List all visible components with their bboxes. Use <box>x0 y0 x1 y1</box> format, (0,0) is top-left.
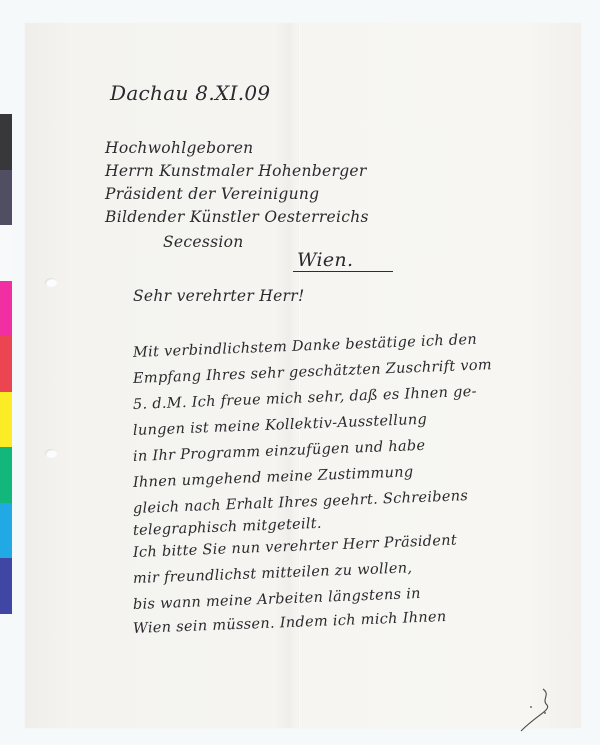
address-recipient: Herrn Kunstmaler Hohenberger <box>105 162 367 180</box>
city-underline <box>293 271 393 272</box>
swatch-dark-gray <box>0 114 12 170</box>
swatch-red <box>0 336 12 392</box>
punch-hole <box>45 449 57 458</box>
swatch-indigo <box>0 558 12 614</box>
body-line: Ihnen umgehend meine Zustimmung <box>133 464 414 491</box>
body-line: bis wann meine Arbeiten längstens in <box>133 586 421 613</box>
color-calibration-bar <box>0 114 12 614</box>
address-society: Secession <box>163 233 244 251</box>
greeting: Sehr verehrter Herr! <box>133 287 305 305</box>
signature <box>517 685 557 735</box>
address-city: Wien. <box>297 249 353 271</box>
letter-page: Dachau 8.XI.09 Hochwohlgeboren Herrn Kun… <box>25 23 581 728</box>
address-organization: Bildender Künstler Oesterreichs <box>105 208 369 226</box>
place-date: Dachau 8.XI.09 <box>110 81 270 105</box>
swatch-slate <box>0 170 12 226</box>
address-title: Präsident der Vereinigung <box>105 185 319 203</box>
body-line: in Ihr Programm einzufügen und habe <box>133 438 426 465</box>
swatch-green <box>0 447 12 503</box>
body-line: Mit verbindlichstem Danke bestätige ich … <box>133 332 478 361</box>
body-line: lungen ist meine Kollektiv-Ausstellung <box>133 412 428 439</box>
punch-hole <box>45 278 57 287</box>
swatch-magenta <box>0 281 12 337</box>
body-line: 5. d.M. Ich freue mich sehr, daß es Ihne… <box>133 384 477 413</box>
address-salutation: Hochwohlgeboren <box>105 139 253 157</box>
swatch-yellow <box>0 392 12 448</box>
body-line: Wien sein müssen. Indem ich mich Ihnen <box>133 609 447 637</box>
swatch-cyan <box>0 503 12 559</box>
body-line: telegraphisch mitgeteilt. <box>133 516 322 539</box>
body-line: mir freundlichst mitteilen zu wollen, <box>133 560 413 587</box>
swatch-white <box>0 225 12 281</box>
body-line: Empfang Ihres sehr geschätzten Zuschrift… <box>133 357 493 387</box>
